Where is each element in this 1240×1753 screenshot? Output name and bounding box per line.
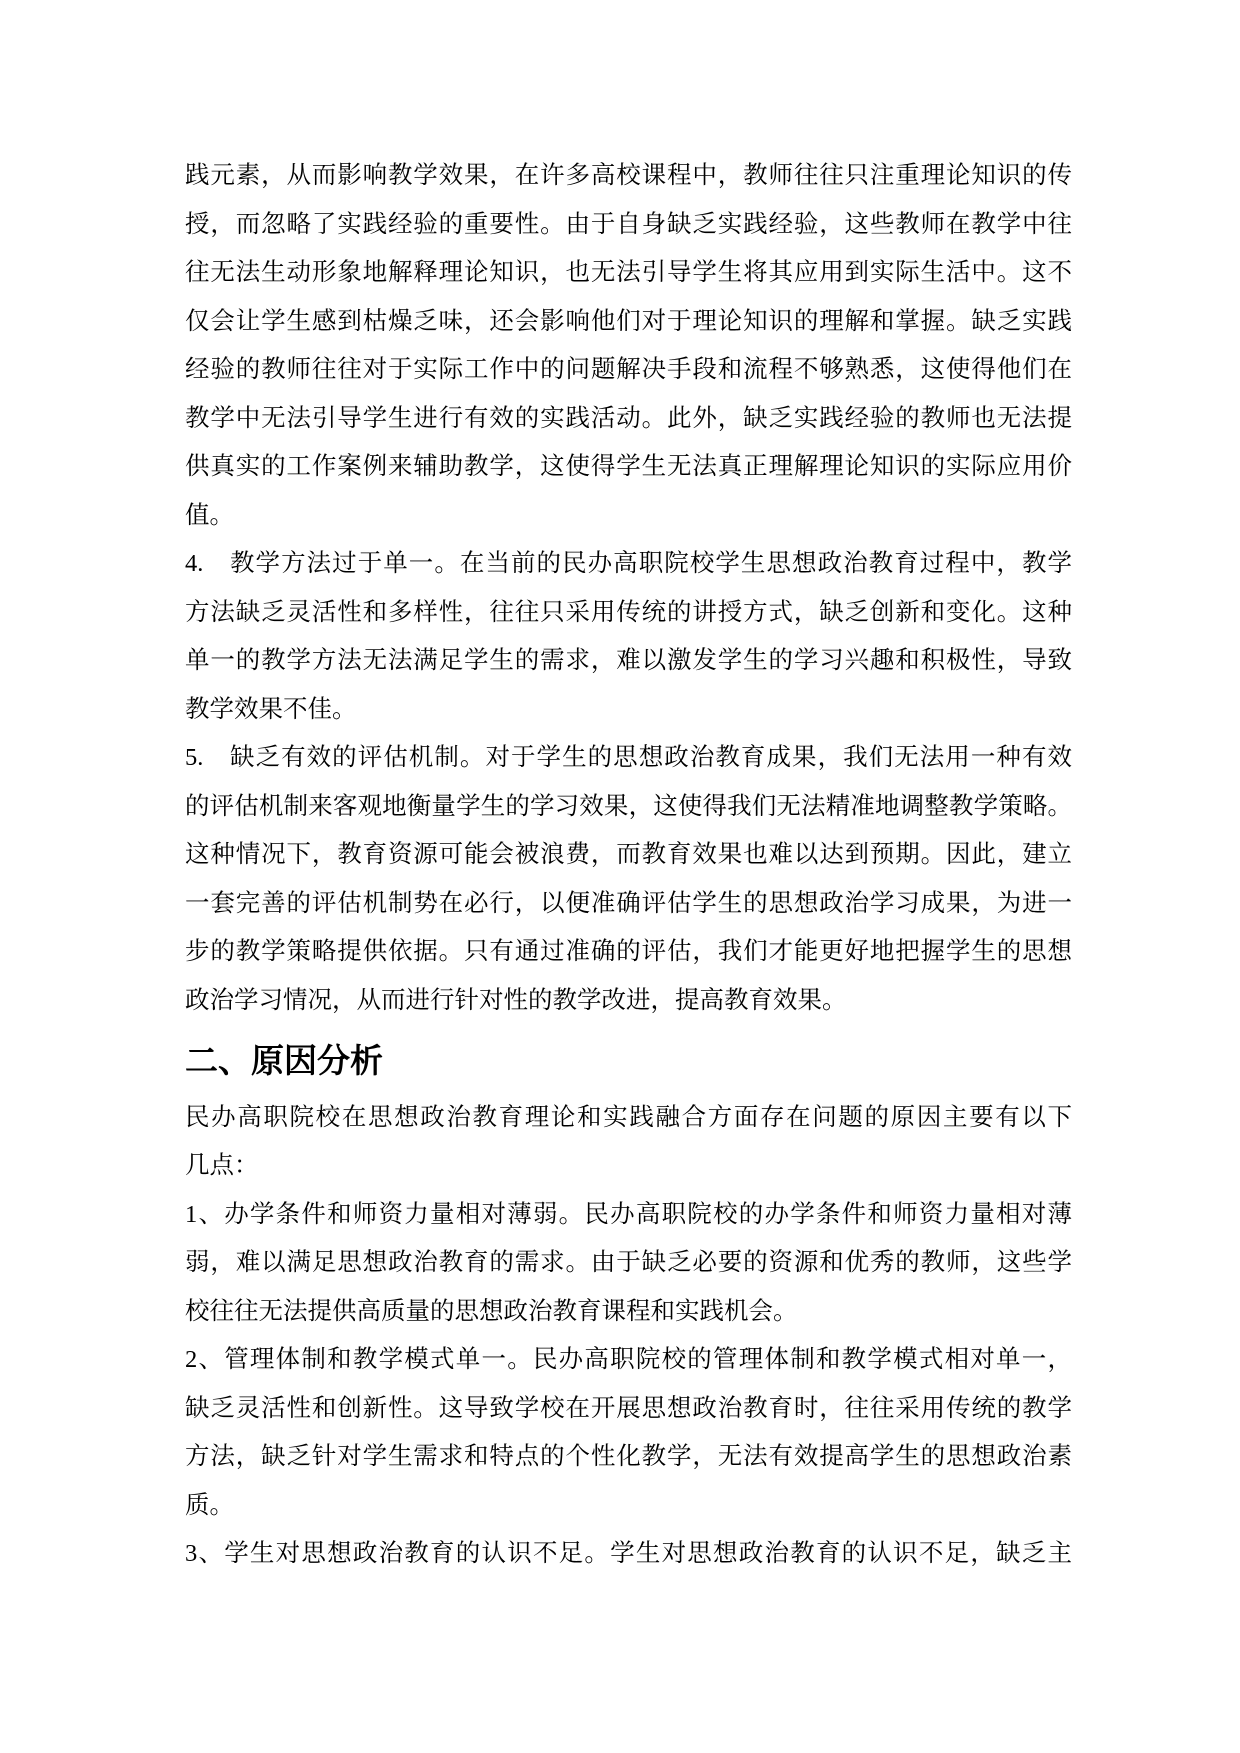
text-line: 几点：	[185, 1142, 1072, 1191]
text-line: 教学效果不佳。	[185, 686, 1072, 735]
text-line: 2、管理体制和教学模式单一。民办高职院校的管理体制和教学模式相对单一，	[185, 1336, 1072, 1385]
document-body: 践元素，从而影响教学效果，在许多高校课程中，教师往往只注重理论知识的传 授，而忽…	[185, 152, 1072, 1579]
text-line: 值。	[185, 492, 1072, 541]
text-line: 教学中无法引导学生进行有效的实践活动。此外，缺乏实践经验的教师也无法提	[185, 395, 1072, 444]
text-line: 往无法生动形象地解释理论知识，也无法引导学生将其应用到实际生活中。这不	[185, 249, 1072, 298]
text-line: 单一的教学方法无法满足学生的需求，难以激发学生的学习兴趣和积极性，导致	[185, 637, 1072, 686]
text-line: 1、办学条件和师资力量相对薄弱。民办高职院校的办学条件和师资力量相对薄	[185, 1191, 1072, 1240]
text-line: 的评估机制来客观地衡量学生的学习效果，这使得我们无法精准地调整教学策略。	[185, 783, 1072, 832]
text-line: 4. 教学方法过于单一。在当前的民办高职院校学生思想政治教育过程中，教学	[185, 540, 1072, 589]
text-line: 校往往无法提供高质量的思想政治教育课程和实践机会。	[185, 1288, 1072, 1337]
text-line: 方法缺乏灵活性和多样性，往往只采用传统的讲授方式，缺乏创新和变化。这种	[185, 589, 1072, 638]
text-line: 政治学习情况，从而进行针对性的教学改进，提高教育效果。	[185, 977, 1072, 1026]
text-line: 弱，难以满足思想政治教育的需求。由于缺乏必要的资源和优秀的教师，这些学	[185, 1239, 1072, 1288]
document-page: 践元素，从而影响教学效果，在许多高校课程中，教师往往只注重理论知识的传 授，而忽…	[0, 0, 1240, 1753]
text-line: 方法，缺乏针对学生需求和特点的个性化教学，无法有效提高学生的思想政治素	[185, 1433, 1072, 1482]
text-line: 践元素，从而影响教学效果，在许多高校课程中，教师往往只注重理论知识的传	[185, 152, 1072, 201]
text-line: 5. 缺乏有效的评估机制。对于学生的思想政治教育成果，我们无法用一种有效	[185, 734, 1072, 783]
text-line: 一套完善的评估机制势在必行，以便准确评估学生的思想政治学习成果，为进一	[185, 880, 1072, 929]
text-line: 经验的教师往往对于实际工作中的问题解决手段和流程不够熟悉，这使得他们在	[185, 346, 1072, 395]
text-line: 这种情况下，教育资源可能会被浪费，而教育效果也难以达到预期。因此，建立	[185, 831, 1072, 880]
text-line: 3、学生对思想政治教育的认识不足。学生对思想政治教育的认识不足，缺乏主	[185, 1530, 1072, 1579]
text-line: 供真实的工作案例来辅助教学，这使得学生无法真正理解理论知识的实际应用价	[185, 443, 1072, 492]
text-line: 民办高职院校在思想政治教育理论和实践融合方面存在问题的原因主要有以下	[185, 1094, 1072, 1143]
section-heading: 二、原因分析	[185, 1037, 1072, 1086]
text-line: 缺乏灵活性和创新性。这导致学校在开展思想政治教育时，往往采用传统的教学	[185, 1385, 1072, 1434]
text-line: 质。	[185, 1482, 1072, 1531]
text-line: 仅会让学生感到枯燥乏味，还会影响他们对于理论知识的理解和掌握。缺乏实践	[185, 298, 1072, 347]
text-line: 授，而忽略了实践经验的重要性。由于自身缺乏实践经验，这些教师在教学中往	[185, 201, 1072, 250]
text-line: 步的教学策略提供依据。只有通过准确的评估，我们才能更好地把握学生的思想	[185, 928, 1072, 977]
